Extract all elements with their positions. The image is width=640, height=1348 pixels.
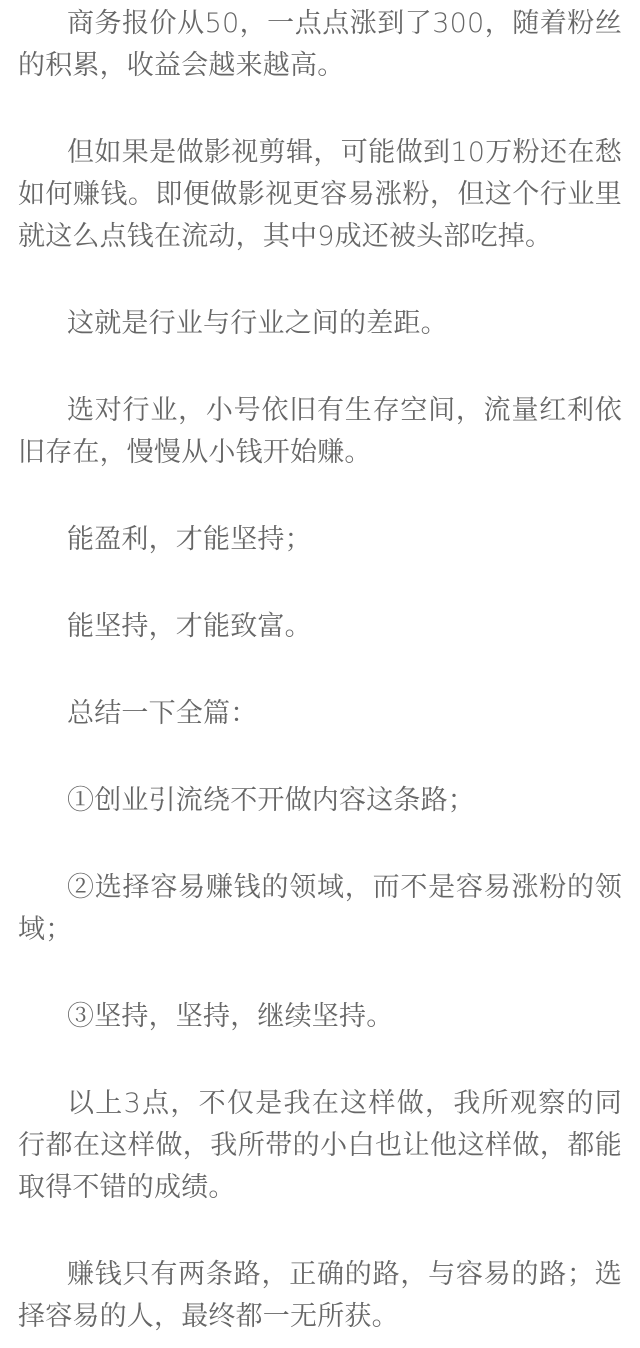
paragraph: 能坚持，才能致富。 (18, 606, 622, 648)
paragraph: ③坚持，坚持，继续坚持。 (18, 996, 622, 1038)
paragraph: 以上3点，不仅是我在这样做，我所观察的同行都在这样做，我所带的小白也让他这样做，… (18, 1083, 622, 1209)
paragraph: 选对行业，小号依旧有生存空间，流量红利依旧存在，慢慢从小钱开始赚。 (18, 390, 622, 474)
paragraph: ②选择容易赚钱的领域，而不是容易涨粉的领域； (18, 867, 622, 951)
article-body: 商务报价从50，一点点涨到了300，随着粉丝的积累，收益会越来越高。 但如果是做… (0, 0, 640, 1338)
paragraph: 这就是行业与行业之间的差距。 (18, 303, 622, 345)
paragraph: 赚钱只有两条路，正确的路，与容易的路；选择容易的人，最终都一无所获。 (18, 1254, 622, 1338)
paragraph: 能盈利，才能坚持； (18, 519, 622, 561)
paragraph: 总结一下全篇： (18, 693, 622, 735)
paragraph: 但如果是做影视剪辑，可能做到10万粉还在愁如何赚钱。即便做影视更容易涨粉，但这个… (18, 132, 622, 258)
paragraph: ①创业引流绕不开做内容这条路； (18, 780, 622, 822)
paragraph: 商务报价从50，一点点涨到了300，随着粉丝的积累，收益会越来越高。 (18, 3, 622, 87)
